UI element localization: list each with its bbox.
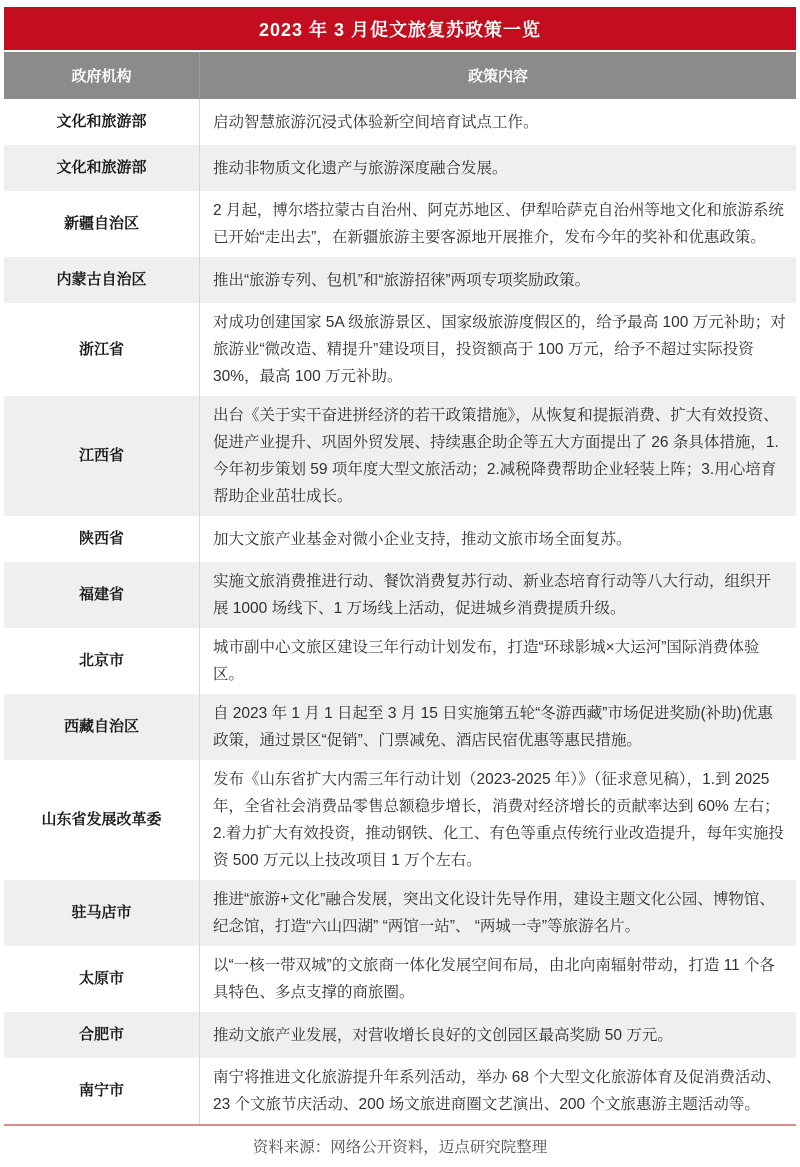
org-cell: 北京市 <box>4 628 200 694</box>
policy-table: 2023 年 3 月促文旅复苏政策一览 政府机构 政策内容 文化和旅游部 启动智… <box>0 0 800 1126</box>
policy-cell: 南宁将推进文化旅游提升年系列活动，举办 68 个大型文化旅游体育及促消费活动、2… <box>200 1058 796 1124</box>
policy-cell: 实施文旅消费推进行动、餐饮消费复苏行动、新业态培育行动等八大行动，组织开展 10… <box>200 562 796 628</box>
org-cell: 福建省 <box>4 562 200 628</box>
table-row: 江西省 出台《关于实干奋进拼经济的若干政策措施》，从恢复和提振消费、扩大有效投资… <box>4 396 796 516</box>
table-row: 内蒙古自治区 推出“旅游专列、包机”和“旅游招徕”两项专项奖励政策。 <box>4 257 796 303</box>
policy-cell: 自 2023 年 1 月 1 日起至 3 月 15 日实施第五轮“冬游西藏”市场… <box>200 694 796 760</box>
policy-cell: 出台《关于实干奋进拼经济的若干政策措施》，从恢复和提振消费、扩大有效投资、促进产… <box>200 396 796 516</box>
column-header-org: 政府机构 <box>4 52 200 99</box>
org-cell: 西藏自治区 <box>4 694 200 760</box>
org-cell: 文化和旅游部 <box>4 99 200 145</box>
policy-cell: 对成功创建国家 5A 级旅游景区、国家级旅游度假区的，给予最高 100 万元补助… <box>200 303 796 396</box>
table-title: 2023 年 3 月促文旅复苏政策一览 <box>4 7 796 50</box>
table-header-row: 政府机构 政策内容 <box>4 52 796 99</box>
table-row: 文化和旅游部 推动非物质文化遗产与旅游深度融合发展。 <box>4 145 796 191</box>
table-row: 福建省 实施文旅消费推进行动、餐饮消费复苏行动、新业态培育行动等八大行动，组织开… <box>4 562 796 628</box>
table-row: 西藏自治区 自 2023 年 1 月 1 日起至 3 月 15 日实施第五轮“冬… <box>4 694 796 760</box>
table-row: 浙江省 对成功创建国家 5A 级旅游景区、国家级旅游度假区的，给予最高 100 … <box>4 303 796 396</box>
org-cell: 合肥市 <box>4 1012 200 1058</box>
policy-cell: 推出“旅游专列、包机”和“旅游招徕”两项专项奖励政策。 <box>200 257 796 303</box>
table-row: 驻马店市 推进“旅游+文化”融合发展，突出文化设计先导作用，建设主题文化公园、博… <box>4 880 796 946</box>
policy-cell: 加大文旅产业基金对微小企业支持，推动文旅市场全面复苏。 <box>200 516 796 562</box>
org-cell: 山东省发展改革委 <box>4 760 200 880</box>
policy-cell: 推动文旅产业发展，对营收增长良好的文创园区最高奖励 50 万元。 <box>200 1012 796 1058</box>
org-cell: 江西省 <box>4 396 200 516</box>
table-row: 合肥市 推动文旅产业发展，对营收增长良好的文创园区最高奖励 50 万元。 <box>4 1012 796 1058</box>
policy-cell: 推动非物质文化遗产与旅游深度融合发展。 <box>200 145 796 191</box>
org-cell: 太原市 <box>4 946 200 1012</box>
org-cell: 内蒙古自治区 <box>4 257 200 303</box>
org-cell: 陕西省 <box>4 516 200 562</box>
source-note: 资料来源：网络公开资料，迈点研究院整理 <box>0 1126 800 1167</box>
policy-cell: 发布《山东省扩大内需三年行动计划（2023-2025 年）》（征求意见稿），1.… <box>200 760 796 880</box>
org-cell: 文化和旅游部 <box>4 145 200 191</box>
table-row: 太原市 以“一核一带双城”的文旅商一体化发展空间布局，由北向南辐射带动，打造 1… <box>4 946 796 1012</box>
policy-cell: 以“一核一带双城”的文旅商一体化发展空间布局，由北向南辐射带动，打造 11 个各… <box>200 946 796 1012</box>
org-cell: 驻马店市 <box>4 880 200 946</box>
policy-cell: 推进“旅游+文化”融合发展，突出文化设计先导作用，建设主题文化公园、博物馆、纪念… <box>200 880 796 946</box>
policy-cell: 启动智慧旅游沉浸式体验新空间培育试点工作。 <box>200 99 796 145</box>
policy-cell: 城市副中心文旅区建设三年行动计划发布，打造“环球影城×大运河”国际消费体验区。 <box>200 628 796 694</box>
table-row: 北京市 城市副中心文旅区建设三年行动计划发布，打造“环球影城×大运河”国际消费体… <box>4 628 796 694</box>
table-row: 山东省发展改革委 发布《山东省扩大内需三年行动计划（2023-2025 年）》（… <box>4 760 796 880</box>
policy-table-page: 迈点研究院 MEADIN ACADEMY 2023 年 3 月促文旅复苏政策一览… <box>0 0 800 1167</box>
org-cell: 浙江省 <box>4 303 200 396</box>
column-header-policy: 政策内容 <box>200 52 796 99</box>
org-cell: 南宁市 <box>4 1058 200 1124</box>
table-row: 陕西省 加大文旅产业基金对微小企业支持，推动文旅市场全面复苏。 <box>4 516 796 562</box>
table-row: 文化和旅游部 启动智慧旅游沉浸式体验新空间培育试点工作。 <box>4 99 796 145</box>
table-row: 新疆自治区 2 月起，博尔塔拉蒙古自治州、阿克苏地区、伊犁哈萨克自治州等地文化和… <box>4 191 796 257</box>
policy-cell: 2 月起，博尔塔拉蒙古自治州、阿克苏地区、伊犁哈萨克自治州等地文化和旅游系统已开… <box>200 191 796 257</box>
org-cell: 新疆自治区 <box>4 191 200 257</box>
table-row: 南宁市 南宁将推进文化旅游提升年系列活动，举办 68 个大型文化旅游体育及促消费… <box>4 1058 796 1124</box>
